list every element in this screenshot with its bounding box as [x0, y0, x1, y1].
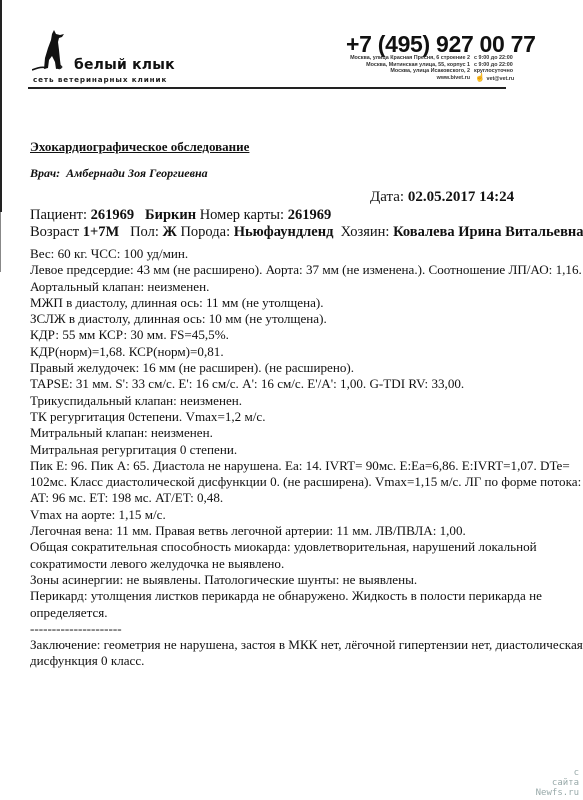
finding-line: КДР: 55 мм КСР: 30 мм. FS=45,5%.: [30, 327, 570, 343]
phone-number: +7 (495) 927 00 77: [346, 31, 536, 58]
finding-line: Митральная регургитация 0 степени.: [30, 442, 570, 458]
doctor-name: Амбернади Зоя Георгиевна: [66, 166, 207, 180]
header-divider: [28, 87, 506, 89]
hand-cursor-icon: ☝: [475, 73, 485, 82]
website-row: www.bivet.ru☝ vet@vet.ru: [340, 75, 518, 83]
finding-line: Левое предсердие: 43 мм (не расширено). …: [30, 262, 570, 278]
finding-line: Общая сократительная способность миокард…: [30, 539, 570, 555]
finding-line: Пик E: 96. Пик A: 65. Диастола не наруше…: [30, 458, 570, 474]
doctor-line: Врач: Амбернади Зоя Георгиевна: [30, 166, 208, 181]
finding-line: МЖП в диастолу, длинная ось: 11 мм (не у…: [30, 295, 570, 311]
doctor-label: Врач:: [30, 166, 60, 180]
contact-block: +7 (495) 927 00 77 Москва, улица Красная…: [340, 33, 518, 82]
finding-line: КДР(норм)=1,68. КСР(норм)=0,81.: [30, 344, 570, 360]
finding-line: определяется.: [30, 605, 570, 621]
finding-line: сократимости левого желудочка не выявлен…: [30, 556, 570, 572]
finding-line: TAPSE: 31 мм. S': 33 см/с. E': 16 см/с. …: [30, 376, 570, 392]
brand-name: белый клык: [74, 57, 175, 73]
brand-subtitle: сеть ветеринарных клиник: [33, 75, 167, 84]
finding-line: Легочная вена: 11 мм. Правая ветвь легоч…: [30, 523, 570, 539]
patient-breed: Ньюфаундленд: [234, 224, 334, 240]
conclusion-line: Заключение: геометрия не нарушена, засто…: [30, 637, 570, 653]
patient-id: 261969: [91, 207, 135, 223]
finding-line: Зоны асинергии: не выявлены. Патологичес…: [30, 572, 570, 588]
patient-sex: Ж: [162, 224, 176, 240]
finding-line: Аортальный клапан: неизменен.: [30, 279, 570, 295]
website-link[interactable]: www.bivet.ru: [437, 75, 470, 83]
finding-line: 102мс. Класс диастолической дисфункции 0…: [30, 474, 570, 490]
date-value: 02.05.2017 14:24: [408, 189, 514, 205]
patient-age: 1+7М: [83, 224, 119, 240]
finding-line: Вес: 60 кг. ЧСС: 100 уд/мин.: [30, 246, 570, 262]
owner-name: Ковалева Ирина Витальевна: [393, 224, 583, 240]
finding-line: Митральный клапан: неизменен.: [30, 425, 570, 441]
finding-line: Трикуспидальный клапан: неизменен.: [30, 393, 570, 409]
watermark: с сайта Newfs.ru: [536, 768, 579, 798]
address-row: Москва, улица Красная Пресня, 6 строение…: [340, 55, 518, 62]
finding-line: Vmax на аорте: 1,15 м/с.: [30, 507, 570, 523]
email-link[interactable]: vet@vet.ru: [486, 76, 514, 82]
finding-line: ТК регургитация 0степени. Vmax=1,2 м/с.: [30, 409, 570, 425]
address-row: Москва, Митинская улица, 55, корпус 1с 9…: [340, 62, 518, 69]
dog-logo-icon: [32, 28, 72, 72]
scan-edge-faint: [0, 212, 1, 272]
scan-edge: [0, 0, 2, 212]
separator-line: ---------------------: [30, 621, 570, 637]
conclusion-line: дисфункция 0 класс.: [30, 653, 570, 669]
finding-line: AT: 96 мс. ET: 198 мс. AT/ET: 0,48.: [30, 490, 570, 506]
patient-line-2: Возраст 1+7М Пол: Ж Порода: Ньюфаундленд…: [30, 224, 583, 241]
patient-name: Биркин: [145, 207, 196, 223]
address-list: Москва, улица Красная Пресня, 6 строение…: [340, 55, 518, 82]
card-number: 261969: [288, 207, 332, 223]
patient-line-1: Пациент: 261969 Биркин Номер карты: 2619…: [30, 207, 583, 224]
date-label: Дата:: [370, 189, 404, 205]
exam-date: Дата: 02.05.2017 14:24: [370, 189, 514, 206]
finding-line: ЗСЛЖ в диастолу, длинная ось: 10 мм (не …: [30, 311, 570, 327]
findings-body: Вес: 60 кг. ЧСС: 100 уд/мин. Левое предс…: [30, 246, 570, 670]
address-row: Москва, улица Исаковского, 2круглосуточн…: [340, 68, 518, 75]
finding-line: Правый желудочек: 16 мм (не расширен). (…: [30, 360, 570, 376]
document-title: Эхокардиографическое обследование: [30, 139, 249, 155]
finding-line: Перикард: утолщения листков перикарда не…: [30, 588, 570, 604]
patient-info: Пациент: 261969 Биркин Номер карты: 2619…: [30, 207, 583, 240]
